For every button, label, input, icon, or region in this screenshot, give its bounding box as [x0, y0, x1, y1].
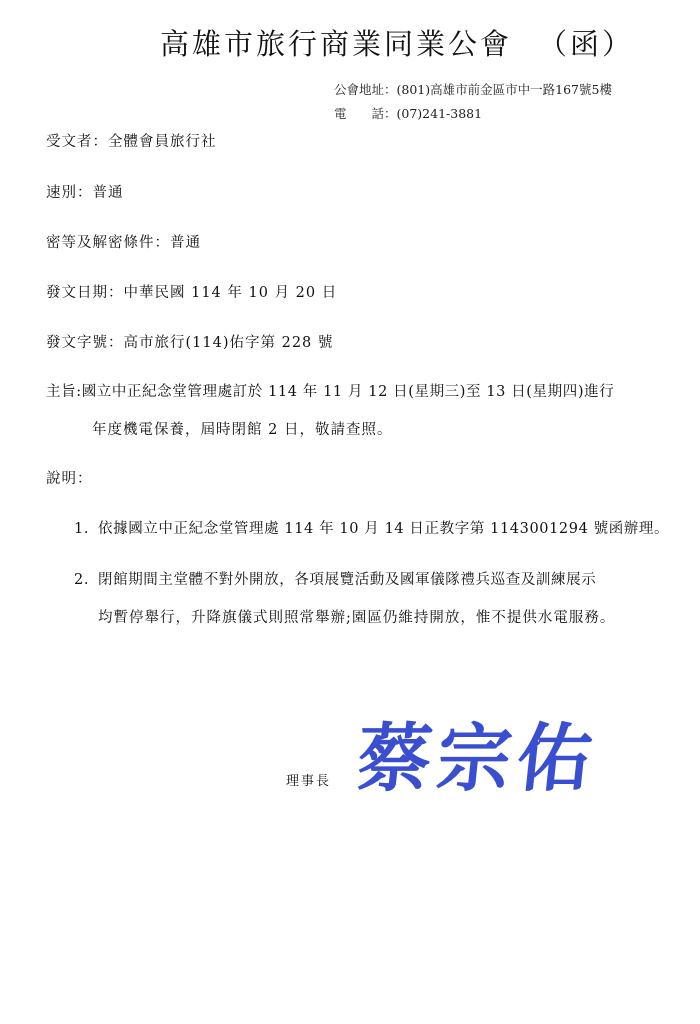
subject-line-1: 主旨:國立中正紀念堂管理處訂於 114 年 11 月 12 日(星期三)至 13… — [46, 380, 614, 401]
explanation-item-2-continued: 均暫停舉行，升降旗儀式則照常舉辦;園區仍維持開放，惟不提供水電服務。 — [98, 606, 615, 627]
document-title: 高雄市旅行商業同業公會（函） — [160, 22, 634, 63]
chairman-signature: 蔡宗佑 — [352, 700, 603, 806]
subject-line-2: 年度機電保養，屆時閉館 2 日，敬請查照。 — [92, 418, 392, 439]
classification-field: 密等及解密條件：普通 — [46, 231, 201, 252]
document-type: （函） — [538, 27, 634, 61]
association-phone: 電 話：(07)241-3881 — [334, 104, 482, 122]
item-text: 閉館期間主堂體不對外開放，各項展覽活動及國軍儀隊禮兵巡查及訓練展示 — [98, 572, 596, 588]
explanation-heading: 說明： — [46, 467, 93, 488]
classification-value: 普通 — [170, 235, 201, 251]
subject-text-1: 國立中正紀念堂管理處訂於 114 年 11 月 12 日(星期三)至 13 日(… — [82, 384, 615, 400]
classification-label: 密等及解密條件： — [46, 235, 170, 251]
issue-number-value: 高市旅行(114)佑字第 228 號 — [124, 335, 334, 351]
explanation-item-2: 2.閉館期間主堂體不對外開放，各項展覽活動及國軍儀隊禮兵巡查及訓練展示 — [74, 568, 596, 589]
address-label: 公會地址： — [334, 82, 397, 97]
chairman-title: 理事長 — [286, 770, 331, 789]
item-text: 依據國立中正紀念堂管理處 114 年 10 月 14 日正教字第 1143001… — [98, 521, 669, 537]
item-number: 1. — [74, 521, 98, 537]
association-name: 高雄市旅行商業同業公會 — [160, 27, 512, 61]
issue-date-label: 發文日期： — [46, 285, 124, 301]
association-address: 公會地址：(801)高雄市前金區市中一路167號5樓 — [334, 80, 612, 98]
subject-label: 主旨: — [46, 384, 82, 400]
explanation-label: 說明： — [46, 471, 93, 487]
recipient-value: 全體會員旅行社 — [108, 134, 217, 150]
issue-date-value: 中華民國 114 年 10 月 20 日 — [124, 285, 338, 301]
speed-value: 普通 — [93, 185, 124, 201]
issue-number-field: 發文字號：高市旅行(114)佑字第 228 號 — [46, 331, 333, 352]
phone-value: (07)241-3881 — [397, 106, 483, 121]
phone-label: 電 話： — [334, 106, 397, 121]
recipient-label: 受文者： — [46, 134, 108, 150]
speed-field: 速別：普通 — [46, 181, 124, 202]
explanation-item-1: 1.依據國立中正紀念堂管理處 114 年 10 月 14 日正教字第 11430… — [74, 517, 669, 538]
speed-label: 速別： — [46, 185, 93, 201]
issue-date-field: 發文日期：中華民國 114 年 10 月 20 日 — [46, 281, 337, 302]
address-value: (801)高雄市前金區市中一路167號5樓 — [397, 82, 612, 97]
issue-number-label: 發文字號： — [46, 335, 124, 351]
subject-text-2: 年度機電保養，屆時閉館 2 日，敬請查照。 — [92, 422, 392, 438]
item-text: 均暫停舉行，升降旗儀式則照常舉辦;園區仍維持開放，惟不提供水電服務。 — [98, 610, 615, 626]
item-number: 2. — [74, 572, 98, 588]
recipient-field: 受文者：全體會員旅行社 — [46, 130, 217, 151]
